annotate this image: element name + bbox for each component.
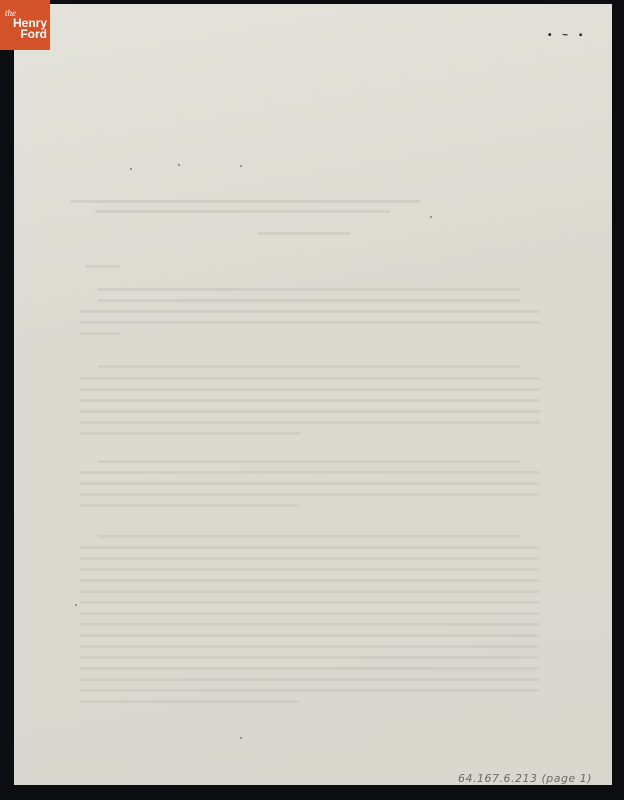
faded-text-line: [80, 700, 300, 703]
faded-text-line: [80, 310, 540, 313]
faded-text-line: [80, 410, 540, 413]
faded-text-line: [80, 612, 540, 615]
faded-text-line: [80, 546, 540, 549]
ink-speck: [240, 165, 242, 167]
faded-text-line: [80, 421, 540, 424]
faded-text-line: [80, 601, 540, 604]
faded-text-line: [98, 460, 520, 463]
faded-text-line: [80, 557, 540, 560]
logo-line2: Ford: [20, 29, 47, 40]
faded-text-line: [85, 265, 120, 268]
corner-marks: • ~ ▪: [548, 30, 586, 41]
faded-text-line: [80, 377, 540, 380]
faded-text-line: [80, 471, 540, 474]
faded-text-line: [80, 504, 300, 507]
faded-text-line: [80, 579, 540, 582]
faded-text-line: [95, 210, 390, 213]
faded-text-line: [80, 634, 540, 637]
faded-text-line: [98, 288, 520, 291]
faded-text-line: [80, 321, 540, 324]
faded-text-line: [80, 590, 540, 593]
faded-text-line: [98, 299, 520, 302]
faded-text-line: [80, 689, 540, 692]
faded-text-line: [80, 678, 540, 681]
ink-speck: [240, 737, 242, 739]
faded-text-line: [80, 667, 540, 670]
faded-text-line: [98, 365, 520, 368]
ink-speck: [130, 168, 132, 170]
faded-text-line: [80, 399, 540, 402]
faded-text-line: [80, 656, 540, 659]
faded-text-line: [258, 232, 350, 235]
faded-text-line: [80, 482, 540, 485]
faded-text-line: [98, 535, 520, 538]
henry-ford-logo: the Henry Ford: [0, 0, 50, 50]
faded-text-line: [70, 200, 420, 203]
faded-text-line: [80, 332, 120, 335]
faded-text-line: [80, 493, 540, 496]
catalog-annotation: 64.167.6.213 (page 1): [458, 772, 592, 785]
ink-speck: [75, 604, 77, 606]
faded-text-line: [80, 623, 540, 626]
faded-text-line: [80, 388, 540, 391]
faded-text-line: [80, 432, 300, 435]
ink-speck: [430, 216, 432, 218]
faded-text-line: [80, 568, 540, 571]
faded-text-line: [80, 645, 540, 648]
ink-speck: [178, 164, 180, 166]
